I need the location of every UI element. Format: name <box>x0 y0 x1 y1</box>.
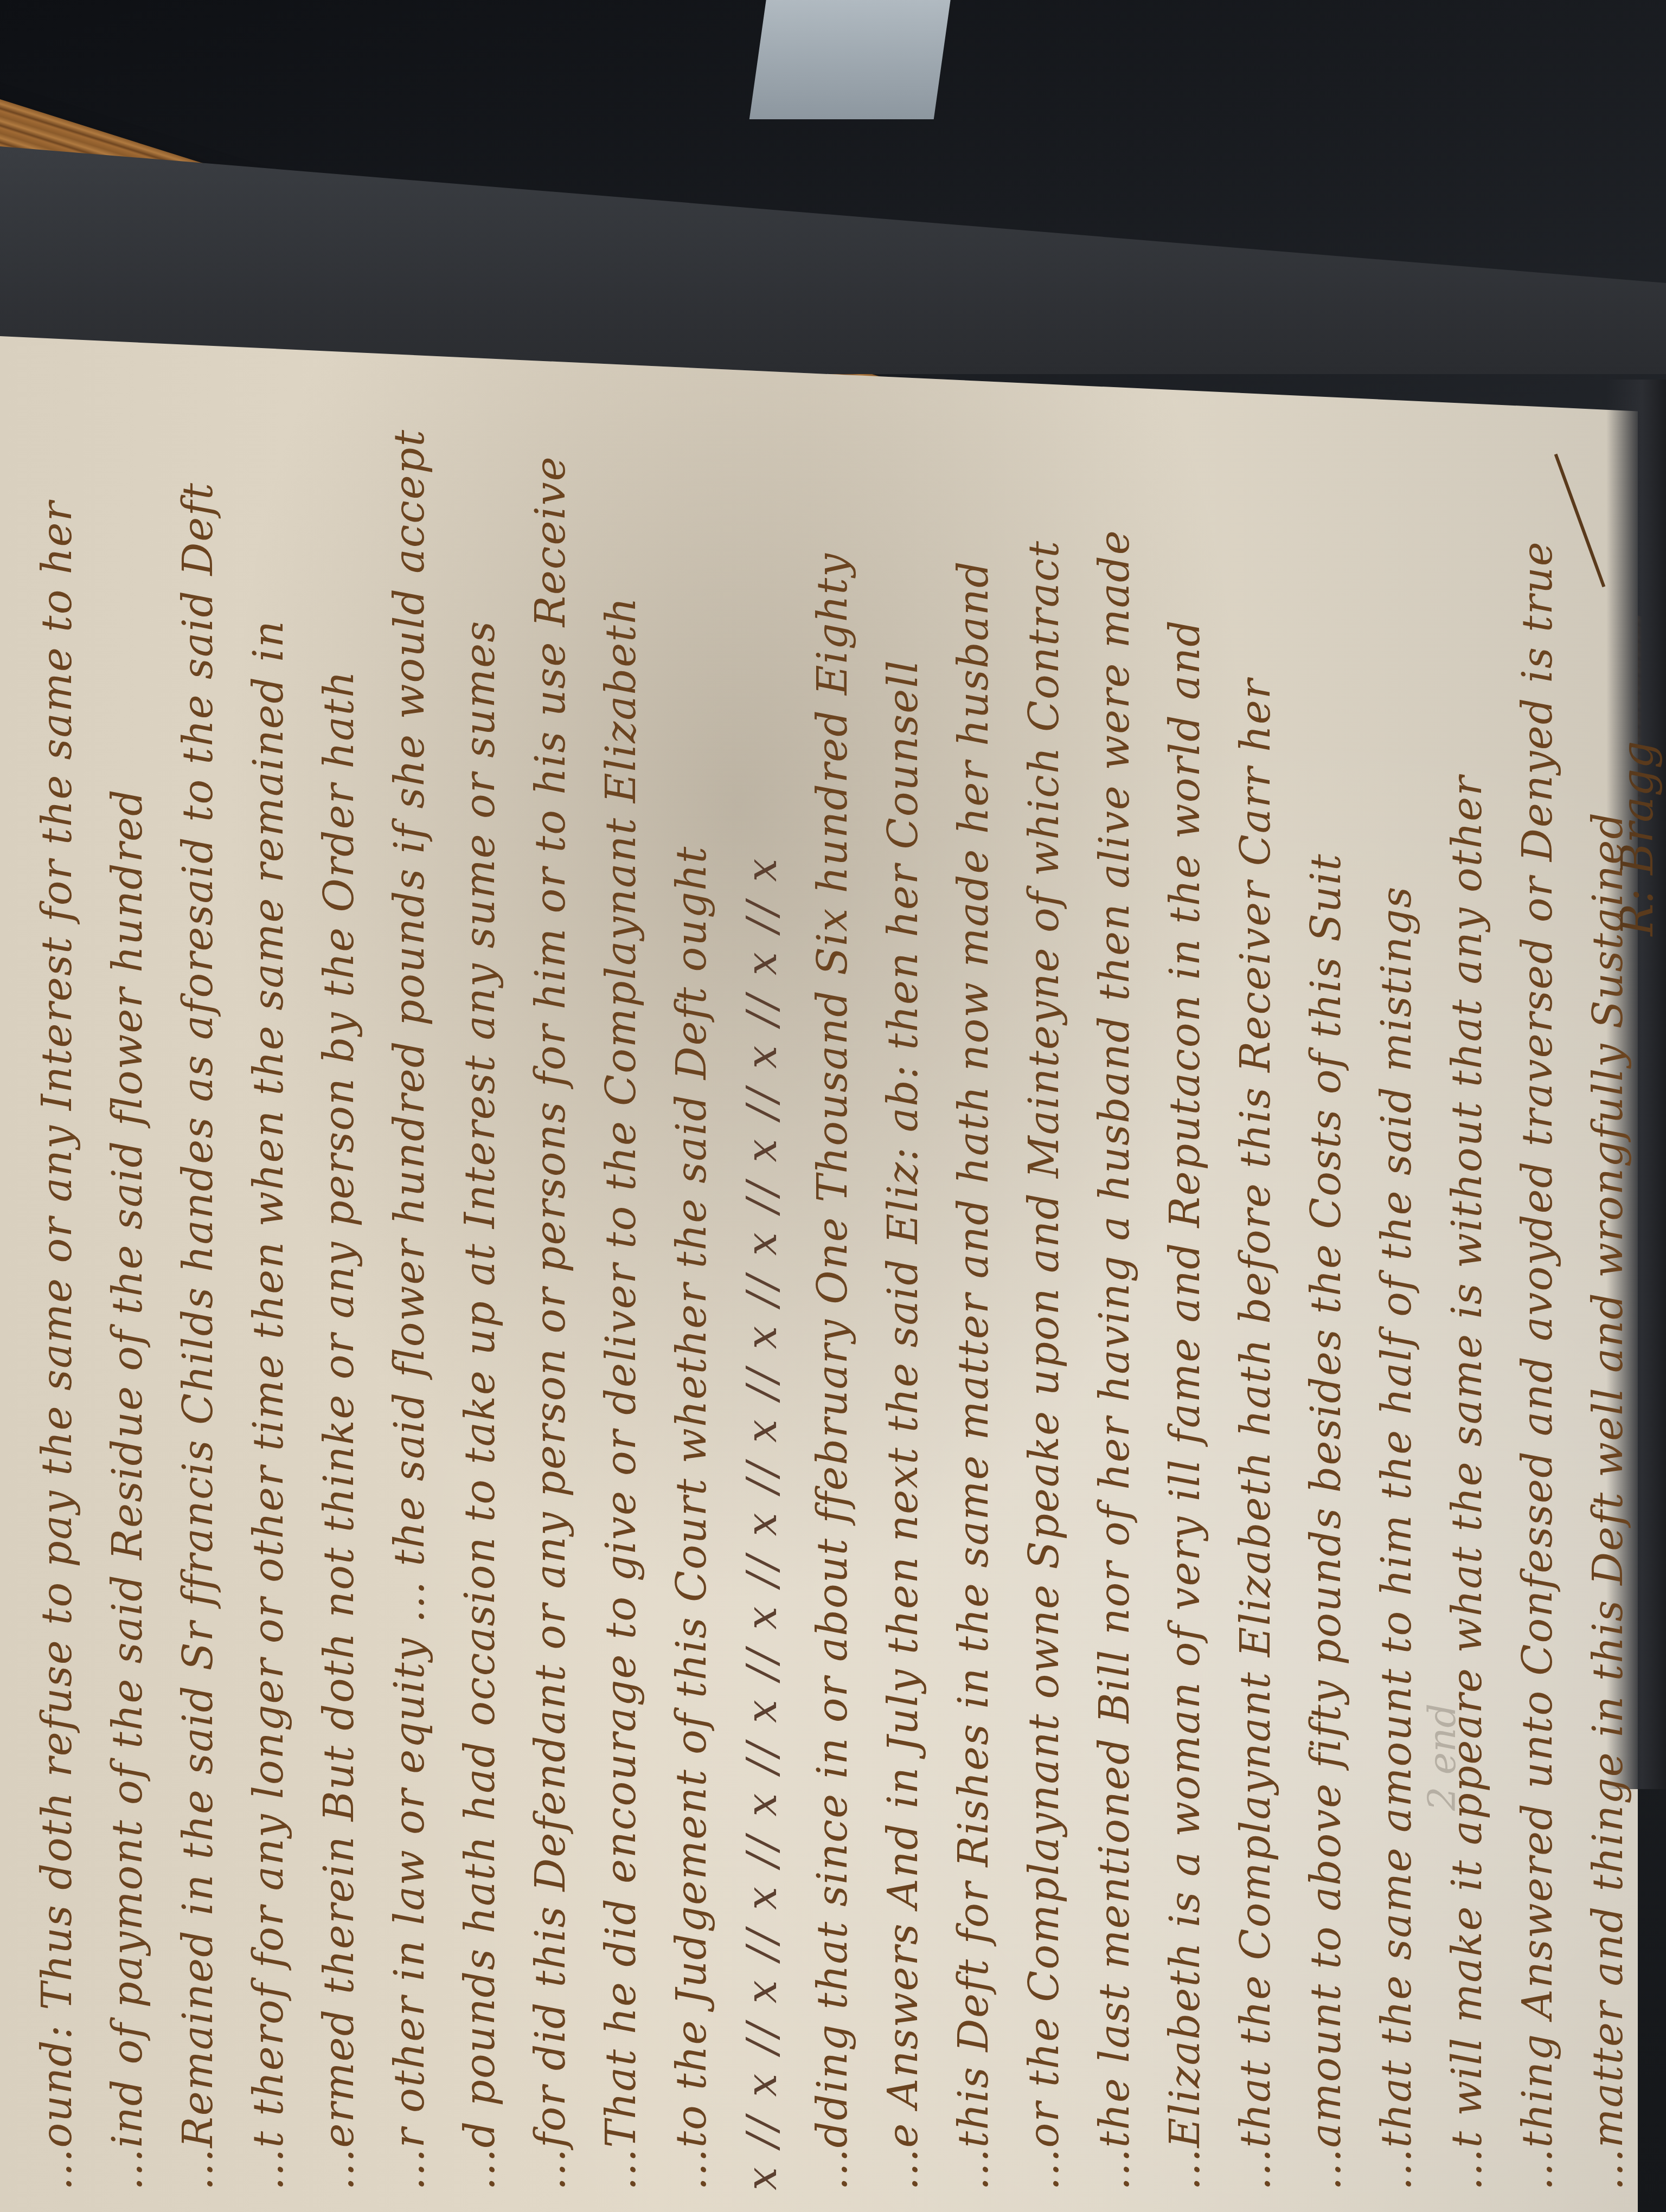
manuscript-line: ...r other in law or equity ... the said… <box>374 347 445 2190</box>
manuscript-line: ...Elizabeth is a woman of very ill fame… <box>1150 347 1220 2190</box>
manuscript-line: ...t will make it appeare what the same … <box>1432 347 1502 2190</box>
manuscript-text: ...ound: Thus doth refuse to pay the sam… <box>22 347 1573 2190</box>
line-filler-marks: x // x // x // x // x // x // x // x // … <box>727 347 797 2190</box>
manuscript-line: ...dding that since in or about ffebruar… <box>797 347 868 2190</box>
manuscript-line: ...for did this Defendant or any person … <box>515 347 586 2190</box>
manuscript-line: ...ound: Thus doth refuse to pay the sam… <box>22 347 92 2190</box>
manuscript-line: ...ind of paymont of the said Residue of… <box>92 347 163 2190</box>
manuscript-line: ...That he did encourage to give or deli… <box>586 347 656 2190</box>
manuscript-line: ...the last mentioned Bill nor of her ha… <box>1079 347 1150 2190</box>
manuscript-line: ...thing Answered unto Confessed and avo… <box>1502 347 1573 2190</box>
manuscript-line: ...Remained in the said Sr ffrancis Chil… <box>163 347 233 2190</box>
manuscript-line: ...this Deft for Rishes in the same matt… <box>938 347 1009 2190</box>
manuscript-line: ...to the Judgement of this Court whethe… <box>656 347 727 2190</box>
manuscript-line: ...or the Complaynant owne Speake upon a… <box>1009 347 1079 2190</box>
manuscript-line: ...matter and thinge in this Deft well a… <box>1573 347 1643 2190</box>
manuscript-line: ...amount to above fifty pounds besides … <box>1291 347 1361 2190</box>
manuscript-line: ...ermed therein But doth not thinke or … <box>304 347 374 2190</box>
signature: R: Bragg <box>1612 741 1663 936</box>
manuscript-line: ...e Answers And in July then next the s… <box>868 347 938 2190</box>
grey-card-background-object <box>749 0 954 119</box>
manuscript-line: ...that the same amount to him the half … <box>1361 347 1432 2190</box>
manuscript-line: ...d pounds hath had occasion to take up… <box>445 347 515 2190</box>
pencil-annotation: 2 end <box>1420 1703 1464 1811</box>
manuscript-line: ...that the Complaynant Elizabeth hath b… <box>1220 347 1291 2190</box>
manuscript-line: ...t therof for any longer or other time… <box>233 347 304 2190</box>
